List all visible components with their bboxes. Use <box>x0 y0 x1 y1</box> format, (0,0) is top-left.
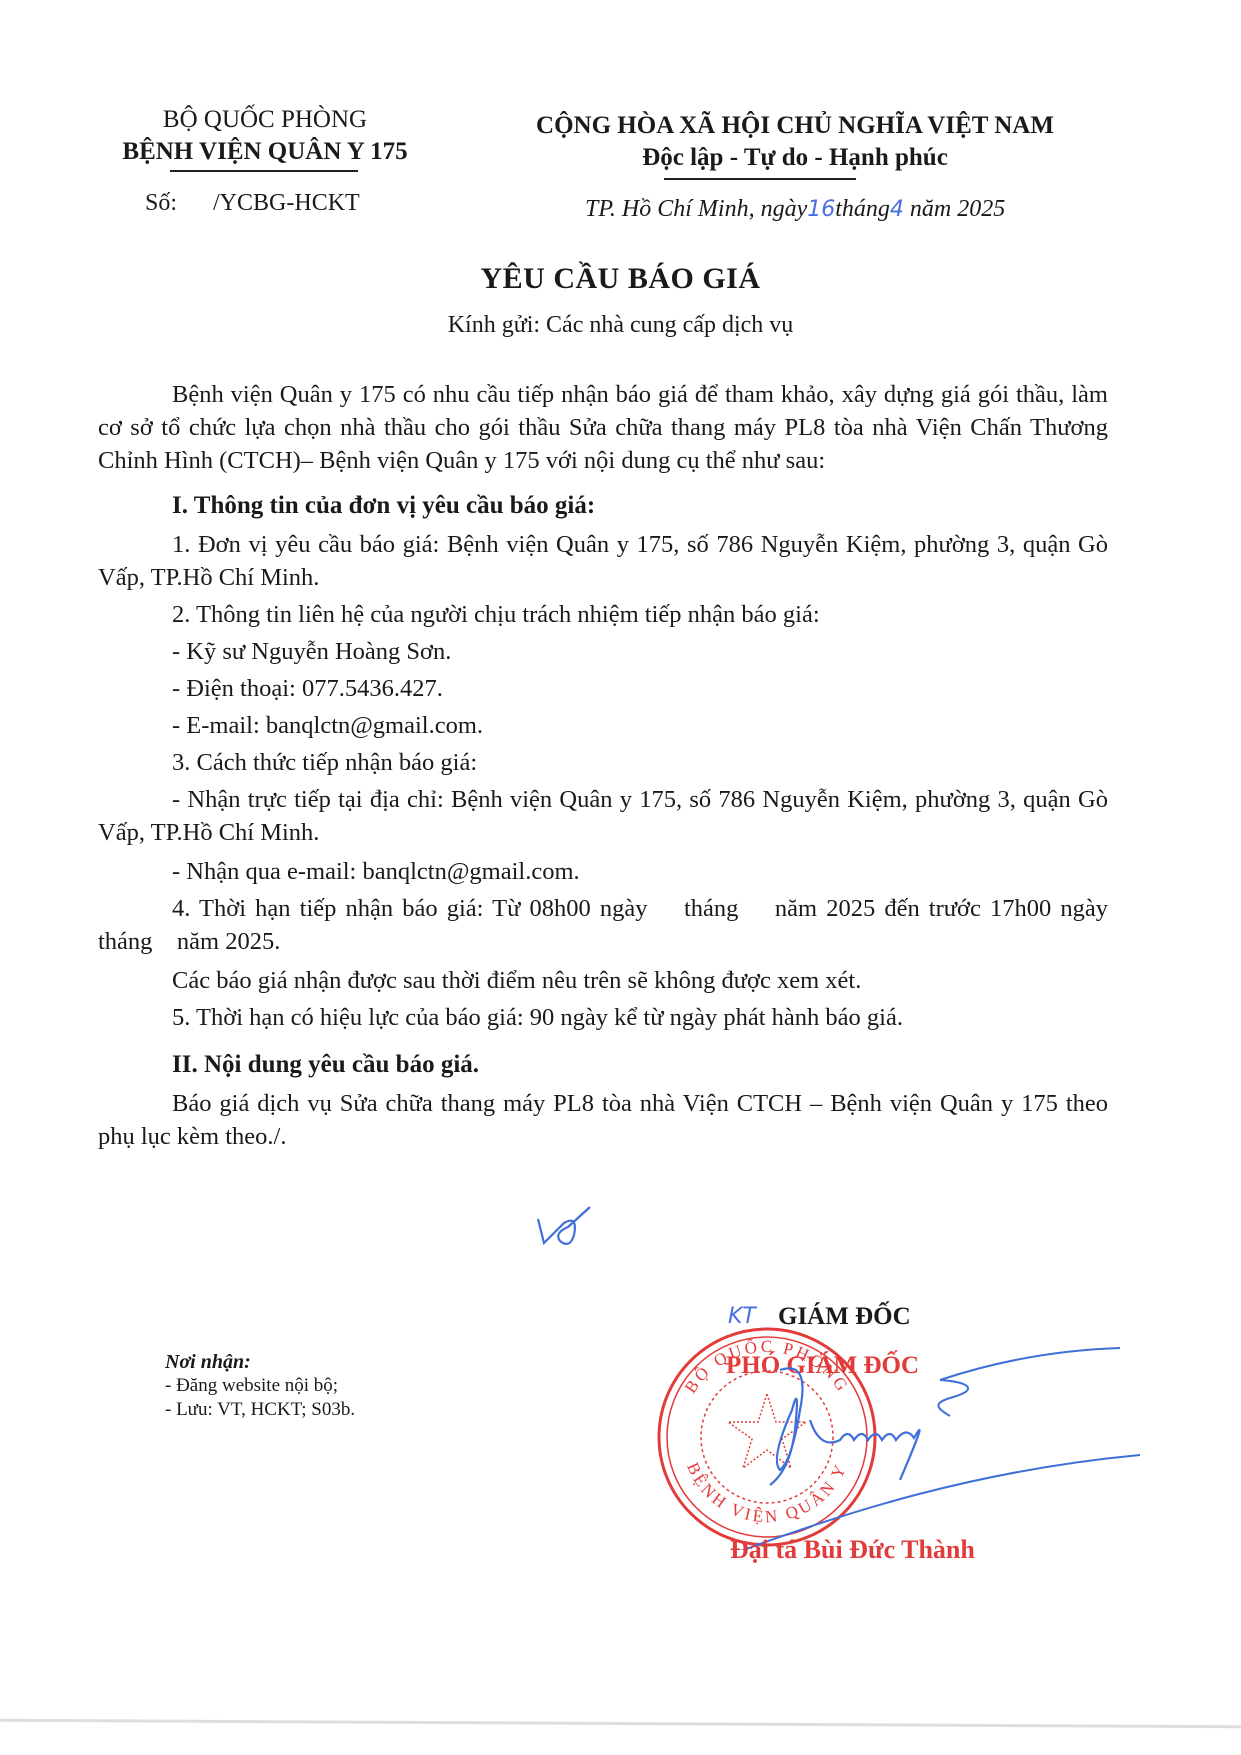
number-label: Số: <box>145 190 177 216</box>
recipients-heading: Nơi nhận: <box>165 1350 355 1374</box>
org-underline <box>170 170 358 172</box>
document-date: TP. Hồ Chí Minh, ngày16tháng4 năm 2025 <box>585 196 1005 223</box>
signer-name: Đại tá Bùi Đức Thành <box>730 1535 975 1565</box>
motto: Độc lập - Tự do - Hạnh phúc <box>470 142 1120 174</box>
section1-item: 4. Thời hạn tiếp nhận báo giá: Từ 08h00 … <box>98 892 1108 958</box>
recipient-item: - Đăng website nội bộ; <box>165 1374 355 1398</box>
scan-edge-line <box>0 1719 1241 1728</box>
recipients-block: Nơi nhận: - Đăng website nội bộ; - Lưu: … <box>165 1350 355 1422</box>
section1-item: 3. Cách thức tiếp nhận báo giá: <box>98 746 1108 779</box>
section1-item: - Nhận qua e-mail: banqlctn@gmail.com. <box>98 855 1108 888</box>
document-body: Bệnh viện Quân y 175 có nhu cầu tiếp nhậ… <box>98 378 1108 1153</box>
document-title: YÊU CẦU BÁO GIÁ <box>0 262 1241 296</box>
date-year: năm 2025 <box>910 196 1005 222</box>
handwritten-signature-icon <box>700 1320 1140 1550</box>
recipient-item: - Lưu: VT, HCKT; S03b. <box>165 1398 355 1422</box>
date-month-label: tháng <box>835 196 890 222</box>
motto-underline <box>664 178 856 180</box>
section1-item: 5. Thời hạn có hiệu lực của báo giá: 90 … <box>98 1001 1108 1034</box>
section1-item: Các báo giá nhận được sau thời điểm nêu … <box>98 964 1108 997</box>
section1-item: - Điện thoại: 077.5436.427. <box>98 672 1108 705</box>
country-name: CỘNG HÒA XÃ HỘI CHỦ NGHĨA VIỆT NAM <box>470 110 1120 142</box>
section1-item: - E-mail: banqlctn@gmail.com. <box>98 709 1108 742</box>
header-right: CỘNG HÒA XÃ HỘI CHỦ NGHĨA VIỆT NAM Độc l… <box>470 110 1120 174</box>
section1-item: - Nhận trực tiếp tại địa chỉ: Bệnh viện … <box>98 783 1108 849</box>
initials-scribble-icon <box>534 1205 594 1255</box>
number-value: /YCBG-HCKT <box>213 190 360 216</box>
section1-item: 2. Thông tin liên hệ của người chịu trác… <box>98 598 1108 631</box>
ministry-name: BỘ QUỐC PHÒNG <box>80 104 450 136</box>
organization-name: BỆNH VIỆN QUÂN Y 175 <box>80 136 450 168</box>
date-prefix: TP. Hồ Chí Minh, ngày <box>585 196 807 222</box>
section1-item: 1. Đơn vị yêu cầu báo giá: Bệnh viện Quâ… <box>98 528 1108 594</box>
recipient-line: Kính gửi: Các nhà cung cấp dịch vụ <box>0 312 1241 339</box>
header-left: BỘ QUỐC PHÒNG BỆNH VIỆN QUÂN Y 175 <box>80 104 450 168</box>
document-number: Số: /YCBG-HCKT <box>145 190 360 217</box>
section1-item: - Kỹ sư Nguyễn Hoàng Sơn. <box>98 635 1108 668</box>
date-month: 4 <box>890 197 904 222</box>
intro-paragraph: Bệnh viện Quân y 175 có nhu cầu tiếp nhậ… <box>98 378 1108 477</box>
section2-text: Báo giá dịch vụ Sửa chữa thang máy PL8 t… <box>98 1087 1108 1153</box>
date-day: 16 <box>807 197 835 222</box>
section2-heading: II. Nội dung yêu cầu báo giá. <box>98 1048 1108 1081</box>
section1-heading: I. Thông tin của đơn vị yêu cầu báo giá: <box>98 489 1108 522</box>
